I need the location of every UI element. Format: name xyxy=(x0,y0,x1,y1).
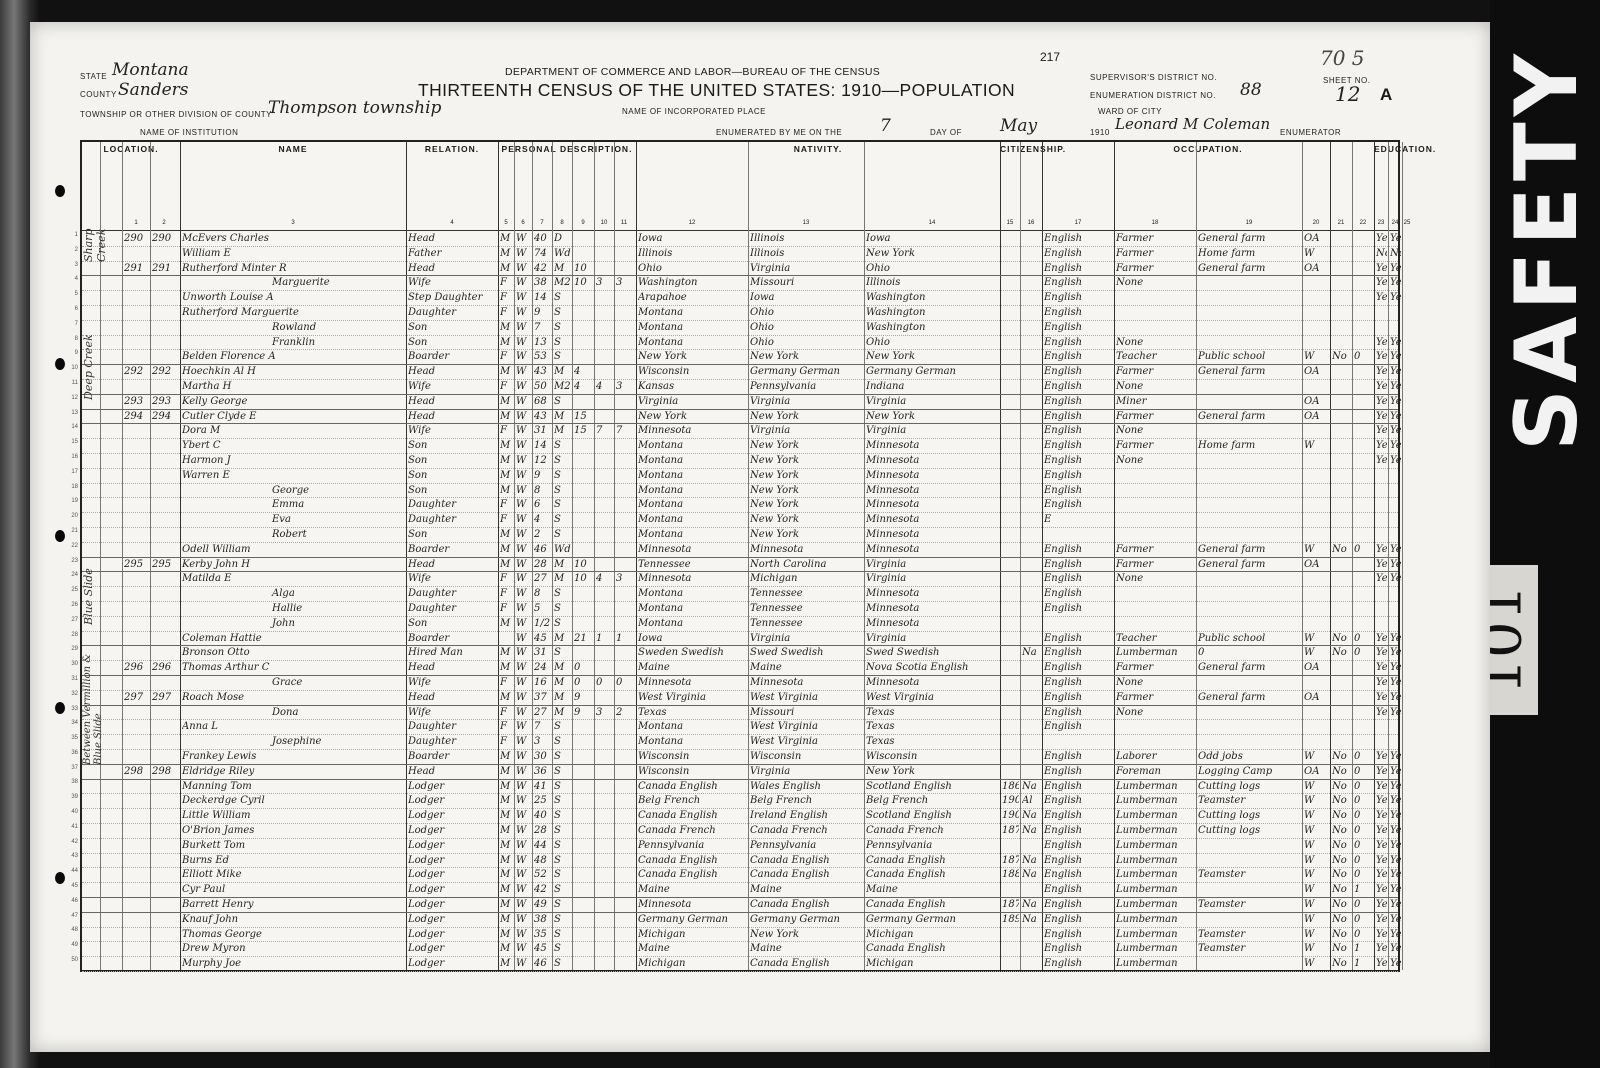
cell-age: 31 xyxy=(534,646,551,661)
cell-nat: Na xyxy=(1022,913,1041,928)
cell-race: W xyxy=(516,498,531,513)
table-row: Ybert CSonMW14SMontanaNew YorkMinnesotaE… xyxy=(82,439,1398,454)
cell-read: Yes xyxy=(1376,676,1387,691)
line-number: 11 xyxy=(60,376,78,391)
table-row: GraceWifeFW16M000MinnesotaMinnesotaMinne… xyxy=(82,676,1398,691)
cell-age: 48 xyxy=(534,854,551,869)
cell-age: 4 xyxy=(534,513,551,528)
column-number: 6 xyxy=(514,220,532,226)
cell-race: W xyxy=(516,543,531,558)
cell-nat xyxy=(1022,617,1041,632)
cell-sex: M xyxy=(500,809,513,824)
cell-out xyxy=(1332,336,1351,351)
cell-dwelling xyxy=(124,439,149,454)
cell-mother-birth: Canada English xyxy=(866,854,999,869)
column-number: 14 xyxy=(864,220,1000,226)
cell-years-married xyxy=(574,883,593,898)
column-number: 10 xyxy=(594,220,614,226)
cell-english: English xyxy=(1044,380,1113,395)
cell-weeks xyxy=(1354,602,1373,617)
cell-nat xyxy=(1022,558,1041,573)
cell-dwelling xyxy=(124,780,149,795)
cell-weeks: 0 xyxy=(1354,824,1373,839)
cell-family xyxy=(152,528,177,543)
cell-weeks: 0 xyxy=(1354,868,1373,883)
cell-name: Eldridge Riley xyxy=(182,765,405,780)
cell-write: Yes xyxy=(1390,439,1401,454)
cell-family xyxy=(152,794,177,809)
cell-living: 3 xyxy=(616,276,633,291)
cell-sex: M xyxy=(500,395,513,410)
cell-english: English xyxy=(1044,232,1113,247)
cell-dwelling xyxy=(124,824,149,839)
cell-industry xyxy=(1198,587,1301,602)
cell-mother-birth: Michigan xyxy=(866,928,999,943)
cell-name: Martha H xyxy=(182,380,405,395)
line-number: 23 xyxy=(60,554,78,569)
cell-years-married: 9 xyxy=(574,706,593,721)
cell-write: Yes xyxy=(1390,558,1401,573)
cell-born xyxy=(596,365,613,380)
cell-english: English xyxy=(1044,365,1113,380)
line-number: 35 xyxy=(60,731,78,746)
cell-nat xyxy=(1022,410,1041,425)
cell-trade xyxy=(1116,291,1195,306)
cell-trade: None xyxy=(1116,380,1195,395)
cell-marital: S xyxy=(554,587,571,602)
cell-sex: M xyxy=(500,646,513,661)
cell-english: English xyxy=(1044,321,1113,336)
cell-read: Yes xyxy=(1376,454,1387,469)
cell-race: W xyxy=(516,750,531,765)
cell-living xyxy=(616,291,633,306)
cell-relation: Lodger xyxy=(408,883,497,898)
cell-trade: Lumberman xyxy=(1116,898,1195,913)
cell-industry xyxy=(1198,336,1301,351)
cell-name: Warren E xyxy=(182,469,405,484)
cell-out xyxy=(1332,262,1351,277)
cell-sex: M xyxy=(500,942,513,957)
cell-sex: M xyxy=(500,691,513,706)
cell-family xyxy=(152,454,177,469)
institution-label: NAME OF INSTITUTION xyxy=(140,128,238,137)
cell-read: Yes xyxy=(1376,424,1387,439)
cell-emp xyxy=(1304,528,1329,543)
cell-years-married: 9 xyxy=(574,691,593,706)
cell-write: Yes xyxy=(1390,691,1401,706)
cell-english: E xyxy=(1044,513,1113,528)
cell-birth: Michigan xyxy=(638,928,747,943)
cell-read xyxy=(1376,484,1387,499)
cell-industry: Public school xyxy=(1198,350,1301,365)
cell-birth: Michigan xyxy=(638,957,747,972)
cell-sex: M xyxy=(500,957,513,972)
line-number: 40 xyxy=(60,805,78,820)
cell-out: No xyxy=(1332,883,1351,898)
cell-immig xyxy=(1002,543,1019,558)
cell-born xyxy=(596,854,613,869)
cell-english: English xyxy=(1044,854,1113,869)
cell-years-married xyxy=(574,957,593,972)
cell-relation: Head xyxy=(408,365,497,380)
cell-english: English xyxy=(1044,276,1113,291)
table-row: 290290McEvers CharlesHeadMW40DIowaIllino… xyxy=(82,232,1398,247)
column-number: 3 xyxy=(180,220,406,226)
cell-father-birth: Canada English xyxy=(750,854,863,869)
cell-marital: S xyxy=(554,484,571,499)
cell-race: W xyxy=(516,720,531,735)
cell-trade xyxy=(1116,498,1195,513)
cell-dwelling xyxy=(124,646,149,661)
cell-industry xyxy=(1198,513,1301,528)
cell-out: No xyxy=(1332,868,1351,883)
cell-emp: OA xyxy=(1304,410,1329,425)
table-row: Thomas GeorgeLodgerMW35SMichiganNew York… xyxy=(82,928,1398,943)
cell-nat xyxy=(1022,543,1041,558)
cell-born xyxy=(596,602,613,617)
location-label-deep-creek: Deep Creek xyxy=(82,310,95,400)
cell-write: Yes xyxy=(1390,380,1401,395)
cell-years-married: 10 xyxy=(574,558,593,573)
cell-out xyxy=(1332,706,1351,721)
cell-weeks xyxy=(1354,262,1373,277)
cell-living xyxy=(616,350,633,365)
cell-trade xyxy=(1116,617,1195,632)
table-row: Cyr PaulLodgerMW42SMaineMaineMaineEnglis… xyxy=(82,883,1398,898)
cell-emp: W xyxy=(1304,868,1329,883)
cell-write: Yes xyxy=(1390,868,1401,883)
cell-write xyxy=(1390,720,1401,735)
cell-birth: Montana xyxy=(638,587,747,602)
cell-relation: Head xyxy=(408,395,497,410)
cell-living xyxy=(616,928,633,943)
cell-emp xyxy=(1304,513,1329,528)
cell-trade: None xyxy=(1116,424,1195,439)
cell-family xyxy=(152,247,177,262)
cell-out xyxy=(1332,276,1351,291)
line-number: 33 xyxy=(60,702,78,717)
cell-relation: Head xyxy=(408,410,497,425)
cell-out: No xyxy=(1332,794,1351,809)
cell-born: 4 xyxy=(596,380,613,395)
cell-marital: S xyxy=(554,321,571,336)
cell-write: Yes xyxy=(1390,765,1401,780)
cell-emp: W xyxy=(1304,632,1329,647)
cell-emp xyxy=(1304,587,1329,602)
cell-age: 74 xyxy=(534,247,551,262)
cell-birth: Texas xyxy=(638,706,747,721)
cell-write: Yes xyxy=(1390,262,1401,277)
cell-weeks: 0 xyxy=(1354,765,1373,780)
cell-english: English xyxy=(1044,691,1113,706)
cell-marital: S xyxy=(554,750,571,765)
cell-weeks xyxy=(1354,706,1373,721)
cell-age: 49 xyxy=(534,898,551,913)
cell-name: Josephine xyxy=(182,735,405,750)
cell-english: English xyxy=(1044,543,1113,558)
cell-write xyxy=(1390,498,1401,513)
incorporated-place-label: NAME OF INCORPORATED PLACE xyxy=(622,107,766,116)
cell-trade: None xyxy=(1116,706,1195,721)
cell-born xyxy=(596,720,613,735)
cell-out: No xyxy=(1332,928,1351,943)
cell-emp xyxy=(1304,617,1329,632)
table-row: 293293Kelly GeorgeHeadMW68SVirginiaVirgi… xyxy=(82,395,1398,410)
cell-weeks xyxy=(1354,558,1373,573)
cell-weeks: 0 xyxy=(1354,913,1373,928)
cell-out xyxy=(1332,617,1351,632)
cell-years-married xyxy=(574,454,593,469)
cell-father-birth: Maine xyxy=(750,661,863,676)
cell-english: English xyxy=(1044,750,1113,765)
cell-write: Yes xyxy=(1390,854,1401,869)
location-label-between: Between Vermillion & Blue Slide xyxy=(82,640,104,765)
cell-living: 3 xyxy=(616,380,633,395)
cell-write: Yes xyxy=(1390,750,1401,765)
cell-relation: Wife xyxy=(408,676,497,691)
cell-english xyxy=(1044,735,1113,750)
cell-out xyxy=(1332,439,1351,454)
cell-write xyxy=(1390,735,1401,750)
cell-marital: M xyxy=(554,661,571,676)
cell-race: W xyxy=(516,262,531,277)
cell-read: Yes xyxy=(1376,942,1387,957)
cell-living: 1 xyxy=(616,632,633,647)
cell-birth: New York xyxy=(638,410,747,425)
cell-living xyxy=(616,646,633,661)
cell-family xyxy=(152,646,177,661)
line-number: 9 xyxy=(60,346,78,361)
cell-marital: S xyxy=(554,824,571,839)
cell-immig xyxy=(1002,365,1019,380)
cell-industry xyxy=(1198,484,1301,499)
cell-mother-birth: Ohio xyxy=(866,336,999,351)
cell-weeks xyxy=(1354,617,1373,632)
cell-weeks xyxy=(1354,661,1373,676)
cell-mother-birth: Virginia xyxy=(866,558,999,573)
cell-family: 291 xyxy=(152,262,177,277)
line-number: 10 xyxy=(60,361,78,376)
cell-nat xyxy=(1022,262,1041,277)
cell-emp xyxy=(1304,484,1329,499)
cell-father-birth: New York xyxy=(750,439,863,454)
cell-trade xyxy=(1116,321,1195,336)
cell-mother-birth: New York xyxy=(866,350,999,365)
cell-father-birth: Canada English xyxy=(750,898,863,913)
cell-family: 292 xyxy=(152,365,177,380)
page-number: 217 xyxy=(1040,50,1060,64)
cell-out: No xyxy=(1332,646,1351,661)
cell-birth: Iowa xyxy=(638,232,747,247)
cell-english: English xyxy=(1044,469,1113,484)
cell-living: 2 xyxy=(616,706,633,721)
column-number: 24 xyxy=(1388,220,1402,226)
cell-marital: Wd xyxy=(554,247,571,262)
cell-family: 298 xyxy=(152,765,177,780)
cell-write: Yes xyxy=(1390,883,1401,898)
cell-read: Yes xyxy=(1376,395,1387,410)
cell-birth: Belg French xyxy=(638,794,747,809)
cell-weeks: 0 xyxy=(1354,543,1373,558)
cell-out: No xyxy=(1332,898,1351,913)
table-row: Knauf JohnLodgerMW38SGermany GermanGerma… xyxy=(82,913,1398,928)
cell-marital: M xyxy=(554,262,571,277)
cell-immig xyxy=(1002,587,1019,602)
cell-family xyxy=(152,824,177,839)
cell-out: No xyxy=(1332,543,1351,558)
cell-mother-birth: Minnesota xyxy=(866,676,999,691)
cell-living xyxy=(616,543,633,558)
table-row: Rutherford MargueriteDaughterFW9SMontana… xyxy=(82,306,1398,321)
cell-relation: Daughter xyxy=(408,735,497,750)
cell-years-married xyxy=(574,247,593,262)
cell-name: Thomas George xyxy=(182,928,405,943)
column-group-heading: PERSONAL DESCRIPTION. xyxy=(498,144,636,154)
cell-mother-birth: Texas xyxy=(866,706,999,721)
cell-immig xyxy=(1002,336,1019,351)
cell-father-birth: Maine xyxy=(750,883,863,898)
cell-sex: M xyxy=(500,365,513,380)
cell-marital: S xyxy=(554,883,571,898)
cell-immig xyxy=(1002,617,1019,632)
cell-birth: Wisconsin xyxy=(638,765,747,780)
cell-race: W xyxy=(516,247,531,262)
cell-dwelling: 294 xyxy=(124,410,149,425)
cell-marital: S xyxy=(554,439,571,454)
cell-dwelling xyxy=(124,750,149,765)
cell-age: 37 xyxy=(534,691,551,706)
cell-name: Elliott Mike xyxy=(182,868,405,883)
cell-father-birth: New York xyxy=(750,928,863,943)
cell-immig xyxy=(1002,350,1019,365)
cell-relation: Head xyxy=(408,262,497,277)
cell-out: No xyxy=(1332,957,1351,972)
cell-marital: S xyxy=(554,809,571,824)
cell-read: Yes xyxy=(1376,439,1387,454)
cell-weeks xyxy=(1354,572,1373,587)
cell-write: Yes xyxy=(1390,809,1401,824)
cell-mother-birth: Iowa xyxy=(866,232,999,247)
cell-nat xyxy=(1022,765,1041,780)
cell-immig xyxy=(1002,602,1019,617)
cell-family xyxy=(152,883,177,898)
cell-industry xyxy=(1198,498,1301,513)
cell-years-married xyxy=(574,395,593,410)
cell-father-birth: Swed Swedish xyxy=(750,646,863,661)
cell-age: 27 xyxy=(534,706,551,721)
cell-emp xyxy=(1304,706,1329,721)
cell-english: English xyxy=(1044,336,1113,351)
cell-age: 36 xyxy=(534,765,551,780)
cell-mother-birth: New York xyxy=(866,247,999,262)
cell-read: Yes xyxy=(1376,632,1387,647)
cell-birth: Montana xyxy=(638,513,747,528)
cell-born xyxy=(596,513,613,528)
cell-mother-birth: Texas xyxy=(866,735,999,750)
cell-father-birth: Illinois xyxy=(750,247,863,262)
cell-emp xyxy=(1304,424,1329,439)
cell-nat xyxy=(1022,350,1041,365)
cell-industry: General farm xyxy=(1198,558,1301,573)
cell-relation: Daughter xyxy=(408,513,497,528)
cell-emp xyxy=(1304,498,1329,513)
cell-family xyxy=(152,780,177,795)
cell-write: Yes xyxy=(1390,661,1401,676)
line-number: 2 xyxy=(60,243,78,258)
cell-years-married xyxy=(574,513,593,528)
cell-family xyxy=(152,380,177,395)
cell-out xyxy=(1332,380,1351,395)
table-row: 294294Cutler Clyde EHeadMW43M15New YorkN… xyxy=(82,410,1398,425)
township-label: TOWNSHIP OR OTHER DIVISION OF COUNTY xyxy=(80,110,272,119)
cell-family: 290 xyxy=(152,232,177,247)
cell-read: Yes xyxy=(1376,350,1387,365)
cell-family xyxy=(152,291,177,306)
cell-immig xyxy=(1002,262,1019,277)
cell-read: Yes xyxy=(1376,824,1387,839)
cell-trade: None xyxy=(1116,676,1195,691)
cell-english: English xyxy=(1044,558,1113,573)
cell-nat xyxy=(1022,380,1041,395)
cell-immig xyxy=(1002,646,1019,661)
cell-race: W xyxy=(516,424,531,439)
cell-read: Yes xyxy=(1376,809,1387,824)
cell-out xyxy=(1332,424,1351,439)
cell-birth: Montana xyxy=(638,735,747,750)
line-number: 19 xyxy=(60,494,78,509)
cell-living xyxy=(616,528,633,543)
cell-living xyxy=(616,439,633,454)
cell-write: Yes xyxy=(1390,780,1401,795)
cell-write xyxy=(1390,321,1401,336)
cell-relation: Head xyxy=(408,661,497,676)
cell-industry: General farm xyxy=(1198,410,1301,425)
cell-sex: F xyxy=(500,676,513,691)
cell-write: Yes xyxy=(1390,336,1401,351)
cell-age: 9 xyxy=(534,306,551,321)
cell-born xyxy=(596,794,613,809)
cell-living xyxy=(616,794,633,809)
cell-relation: Head xyxy=(408,765,497,780)
cell-weeks: 0 xyxy=(1354,350,1373,365)
cell-dwelling xyxy=(124,913,149,928)
cell-mother-birth: Germany German xyxy=(866,365,999,380)
cell-age: 42 xyxy=(534,883,551,898)
cell-born xyxy=(596,750,613,765)
cell-race: W xyxy=(516,854,531,869)
cell-family xyxy=(152,321,177,336)
cell-nat: Na xyxy=(1022,898,1041,913)
column-number: 13 xyxy=(748,220,864,226)
cell-weeks xyxy=(1354,336,1373,351)
cell-family xyxy=(152,735,177,750)
line-number: 16 xyxy=(60,450,78,465)
table-row: 296296Thomas Arthur CHeadMW24M0MaineMain… xyxy=(82,661,1398,676)
cell-dwelling xyxy=(124,528,149,543)
cell-marital: M xyxy=(554,424,571,439)
cell-birth: Virginia xyxy=(638,395,747,410)
cell-born xyxy=(596,439,613,454)
cell-english: English xyxy=(1044,957,1113,972)
cell-mother-birth: Minnesota xyxy=(866,498,999,513)
cell-read: No xyxy=(1376,247,1387,262)
cell-name: Grace xyxy=(182,676,405,691)
cell-family xyxy=(152,306,177,321)
cell-father-birth: New York xyxy=(750,498,863,513)
column-number: 21 xyxy=(1330,220,1352,226)
cell-nat xyxy=(1022,839,1041,854)
cell-out: No xyxy=(1332,809,1351,824)
